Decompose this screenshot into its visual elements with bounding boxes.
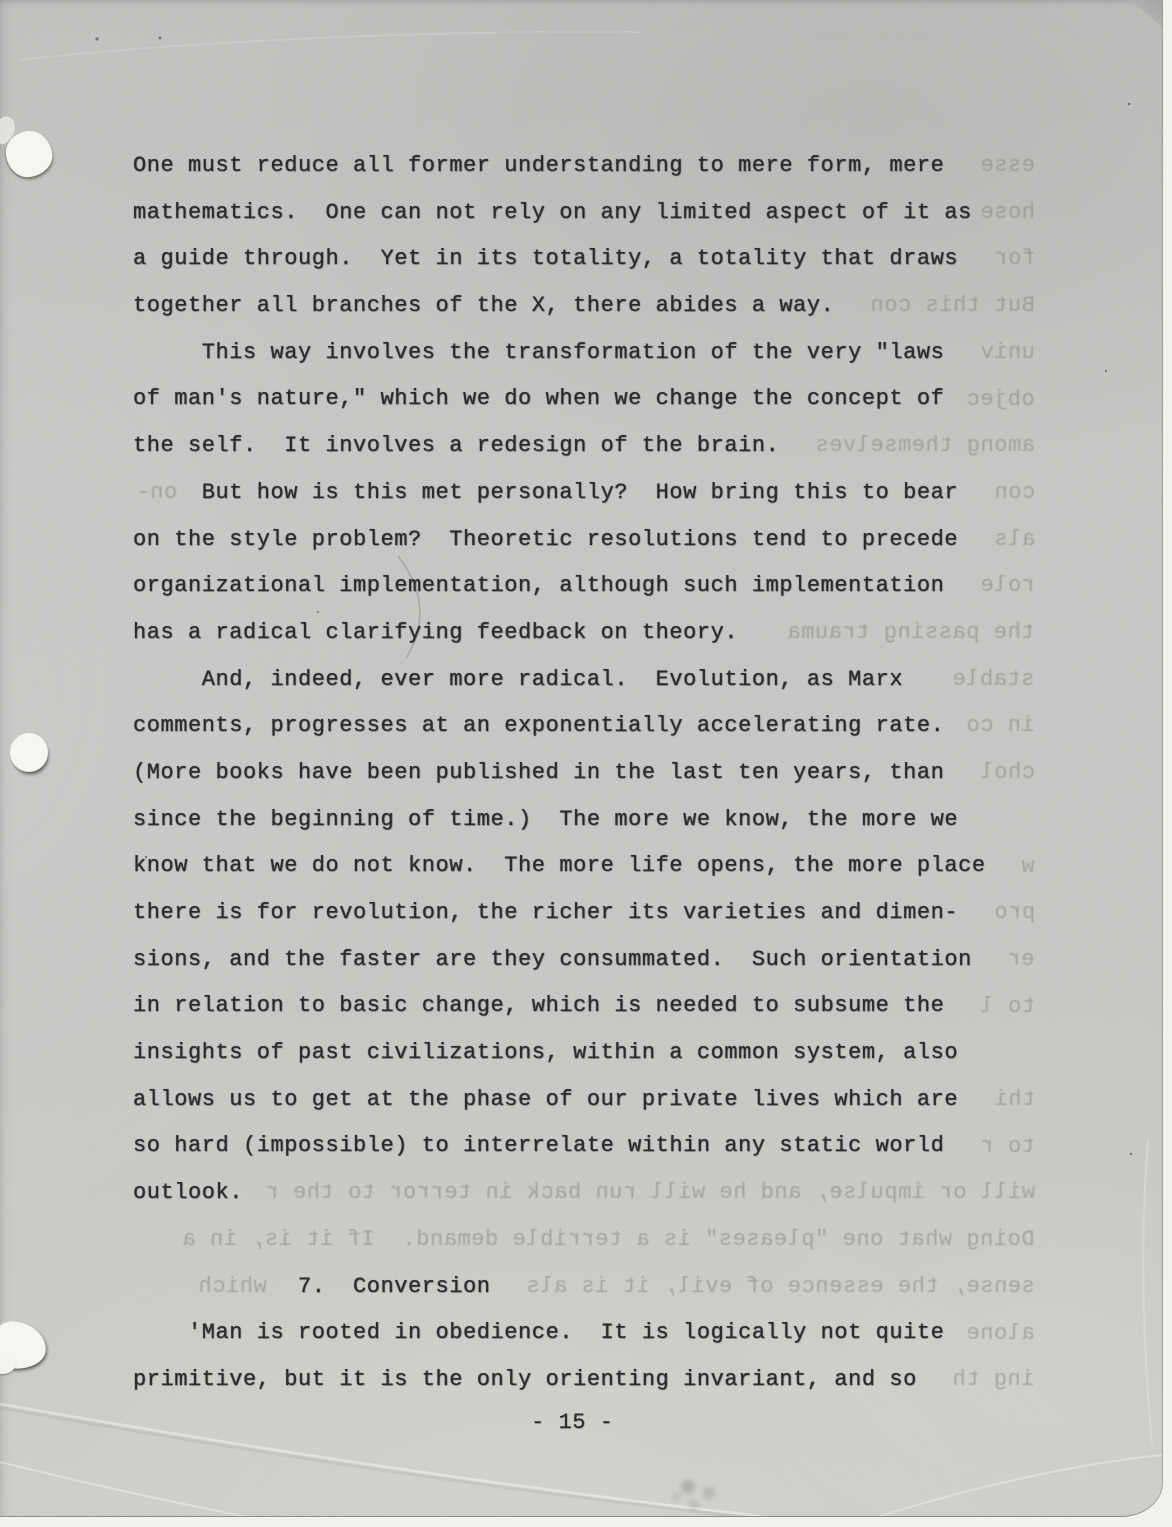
text-line: 'Man is rooted in obedience. It is logic… [133,1310,986,1357]
text-line: know that we do not know. The more life … [133,843,986,890]
text-line: in relation to basic change, which is ne… [133,983,986,1030]
ghost-bleedthrough-line: thi [994,1077,1035,1124]
page-number: - 15 - [531,1400,614,1447]
scan-canvas: { "document": { "page_number": "- 15 -",… [0,0,1172,1527]
ghost-bleedthrough-line: als [994,517,1035,564]
text-line: together all branches of the X, there ab… [133,283,986,330]
text-line: the self. It involves a redesign of the … [133,423,986,470]
text-line: has a radical clarifying feedback on the… [133,610,986,657]
page: essehoseforBut this conunivobjecamong th… [0,0,1172,1527]
text-line: outlook. [133,1170,986,1217]
text-line: so hard (impossible) to interrelate with… [133,1123,986,1170]
text-line: And, indeed, ever more radical. Evolutio… [133,657,986,704]
text-line: mathematics. One can not rely on any lim… [133,190,986,237]
text-line: sions, and the faster are they consummat… [133,937,986,984]
ghost-bleedthrough-line: con [994,470,1035,517]
ghost-bleedthrough-line: w [1021,844,1035,891]
text-line: a guide through. Yet in its totality, a … [133,236,986,283]
ghost-bleedthrough-line: esse [980,143,1035,190]
paper: essehoseforBut this conunivobjecamong th… [0,0,1163,1517]
text-line: insights of past civilizations, within a… [133,1030,986,1077]
text-line: on the style problem? Theoretic resoluti… [133,517,986,564]
text-line: since the beginning of time.) The more w… [133,797,986,844]
text-line: allows us to get at the phase of our pri… [133,1077,986,1124]
ghost-bleedthrough-line: to l [980,984,1035,1031]
text-line: there is for revolution, the richer its … [133,890,986,937]
text-line [133,1217,986,1264]
text-line: But how is this met personally? How brin… [133,470,986,517]
text-line: comments, progresses at an exponentially… [133,703,986,750]
text-line: of man's nature," which we do when we ch… [133,376,986,423]
text-line: primitive, but it is the only orienting … [133,1357,986,1404]
ghost-bleedthrough-line: chol [980,750,1035,797]
ghost-bleedthrough-line: for [994,236,1035,283]
text-layer: One must reduce all former understanding… [133,143,986,1404]
text-line: organizational implementation, although … [133,563,986,610]
ghost-bleedthrough-line: hose [980,190,1035,237]
ghost-bleedthrough-line: role [980,563,1035,610]
text-line: This way involves the transformation of … [133,330,986,377]
ghost-bleedthrough-line: univ [980,330,1035,377]
text-line: (More books have been published in the l… [133,750,986,797]
ghost-bleedthrough-line: pro [994,890,1035,937]
ghost-bleedthrough-line: er [1007,937,1035,984]
text-line: One must reduce all former understanding… [133,143,986,190]
text-line: 7. Conversion [133,1264,986,1311]
ghost-bleedthrough-line: to r [980,1124,1035,1171]
